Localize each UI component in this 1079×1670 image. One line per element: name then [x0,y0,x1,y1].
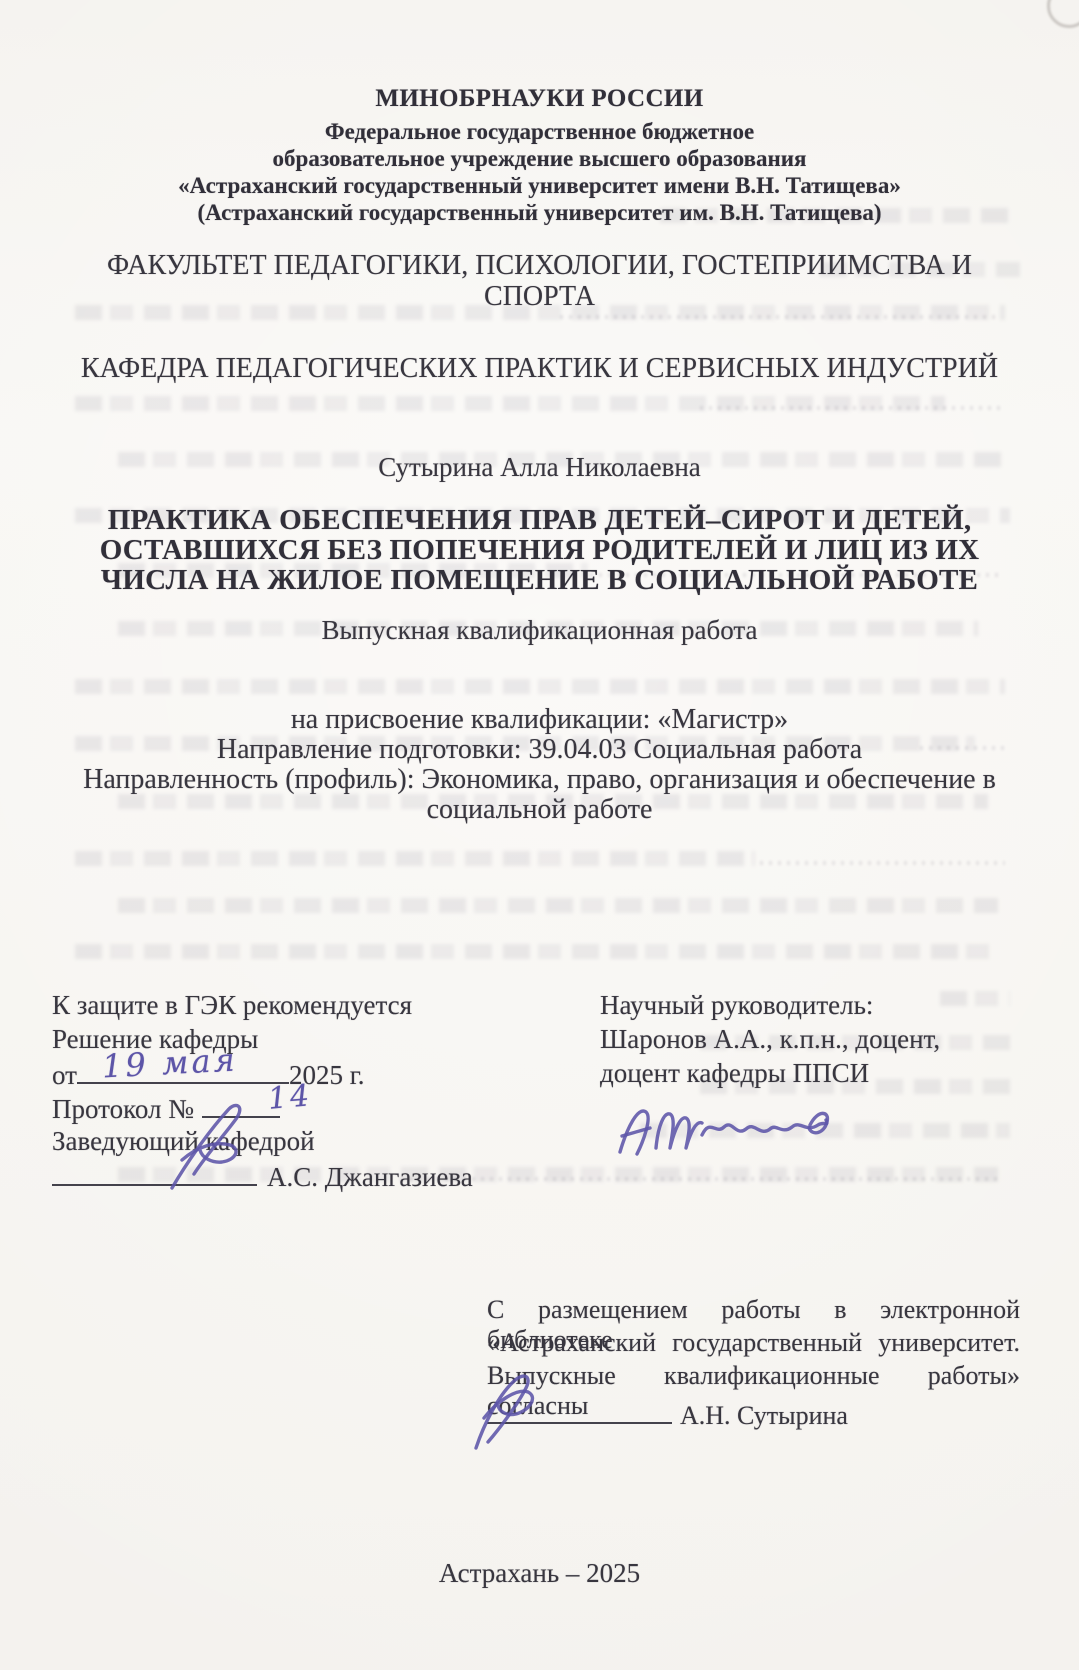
supervisor-name: Шаронов А.А., к.п.н., доцент, [600,1024,940,1056]
bleedthrough-line [75,944,995,959]
student-signature [462,1366,574,1454]
ministry-header: МИНОБРНАУКИ РОССИИ [0,84,1079,114]
supervisor-signature [612,1090,837,1162]
scan-artifact [1047,0,1079,28]
faculty-name: СПОРТА [0,281,1079,312]
profile-line: Направленность (профиль): Экономика, пра… [0,765,1079,795]
institution-line: (Астраханский государственный университе… [0,199,1079,226]
institution-line: Федеральное государственное бюджетное [0,118,1079,145]
thesis-title-line: ОСТАВШИХСЯ БЕЗ ПОПЕЧЕНИЯ РОДИТЕЛЕЙ И ЛИЦ… [0,535,1079,565]
department-name: КАФЕДРА ПЕДАГОГИЧЕСКИХ ПРАКТИК И СЕРВИСН… [0,352,1079,385]
work-type: Выпускная квалификационная работа [0,615,1079,647]
thesis-title-line: ПРАКТИКА ОБЕСПЕЧЕНИЯ ПРАВ ДЕТЕЙ–СИРОТ И … [0,505,1079,535]
institution-line: образовательное учреждение высшего образ… [0,145,1079,172]
profile-line: социальной работе [0,795,1079,825]
qualification-line: на присвоение квалификации: «Магистр» [0,705,1079,735]
supervisor-position: доцент кафедры ППСИ [600,1058,869,1090]
institution-line: «Астраханский государственный университе… [0,172,1079,199]
consent-line: «Астраханский государственный университе… [487,1328,1020,1358]
author-name: Сутырина Алла Николаевна [0,452,1079,484]
scanned-title-page: { "document": { "ministry": "МИНОБРНАУКИ… [0,0,1079,1670]
thesis-title-line: ЧИСЛА НА ЖИЛОЕ ПОМЕЩЕНИЕ В СОЦИАЛЬНОЙ РА… [0,565,1079,595]
faculty-name: ФАКУЛЬТЕТ ПЕДАГОГИКИ, ПСИХОЛОГИИ, ГОСТЕП… [0,250,1079,281]
bleedthrough-dot-leader [560,315,1000,319]
head-of-department-signature [152,1098,297,1193]
city-year: Астрахань – 2025 [0,1558,1079,1590]
handwritten-date: 19 мая [101,1040,238,1085]
date-prefix: от [52,1060,77,1090]
bleedthrough-line [75,679,1005,694]
student-name: А.Н. Сутырина [680,1401,848,1430]
bleedthrough-line [118,898,998,913]
bleedthrough-dot-leader [760,861,1005,865]
bleedthrough-dot-leader [400,1177,1000,1181]
gec-recommendation: К защите в ГЭК рекомендуется [52,990,412,1022]
head-name: А.С. Джангазиева [267,1162,473,1192]
supervisor-label: Научный руководитель: [600,990,873,1022]
bleedthrough-dot-leader [700,406,1000,410]
bleedthrough-line [940,991,1010,1006]
program-line: Направление подготовки: 39.04.03 Социаль… [0,735,1079,765]
bleedthrough-line [75,851,755,866]
